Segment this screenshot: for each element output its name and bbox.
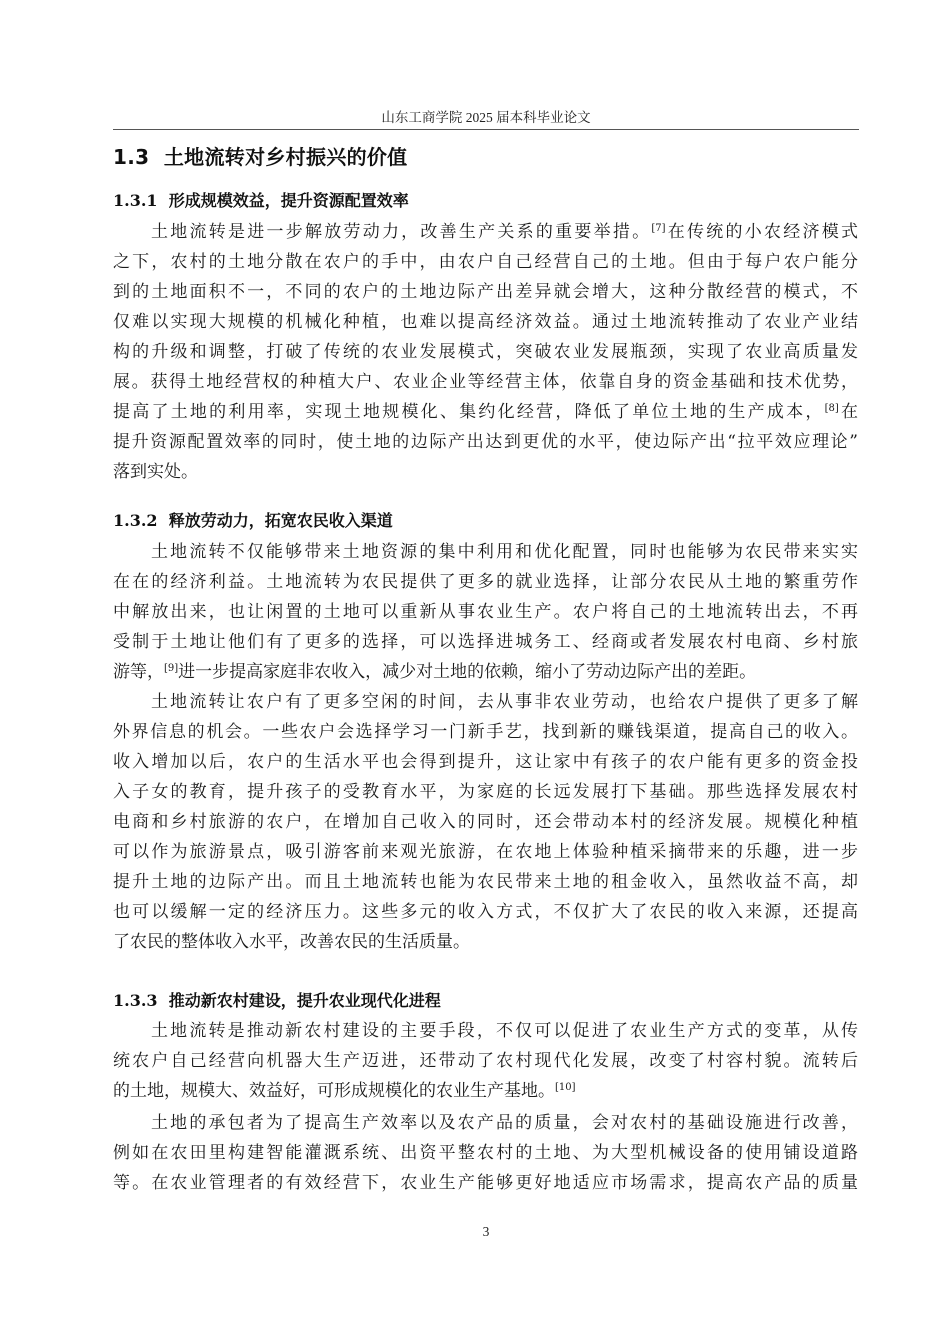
paragraph-line: 提高了土地的利用率，实现土地规模化、集约化经营，降低了单位土地的生产成本，[8]… [113, 401, 858, 423]
subsection-title: 推动新农村建设，提升农业现代化进程 [169, 991, 441, 1010]
paragraph-line: 提升土地的边际产出。而且土地流转也能为农民带来土地的租金收入，虽然收益不高，却 [113, 871, 858, 893]
citation: [7] [651, 223, 665, 234]
paragraph-line: 之下，农村的土地分散在农户的手中，由农户自己经营自己的土地。但由于每户农户能分 [113, 251, 858, 273]
document-page: 山东工商学院 2025 届本科毕业论文 1.3 土地流转对乡村振兴的价值 1.3… [0, 0, 950, 1344]
paragraph-line: 土地流转是推动新农村建设的主要手段，不仅可以促进了农业生产方式的变革，从传 [151, 1020, 858, 1042]
subsection-title: 释放劳动力，拓宽农民收入渠道 [169, 511, 393, 530]
paragraph-line: 游等，[9]进一步提高家庭非农收入，减少对土地的依赖，缩小了劳动边际产出的差距。 [113, 661, 858, 683]
section-title: 土地流转对乡村振兴的价值 [164, 145, 408, 169]
paragraph-line: 构的升级和调整，打破了传统的农业发展模式，突破农业发展瓶颈，实现了农业高质量发 [113, 341, 858, 363]
subsection-heading-1-3-3: 1.3.3 推动新农村建设，提升农业现代化进程 [113, 988, 441, 1011]
paragraph-line: 可以作为旅游景点，吸引游客前来观光旅游，在农地上体验种植采摘带来的乐趣，进一步 [113, 841, 858, 863]
citation: [10] [555, 1082, 576, 1093]
subsection-heading-1-3-1: 1.3.1 形成规模效益，提升资源配置效率 [113, 188, 409, 211]
subsection-number: 1.3.2 [113, 511, 158, 530]
subsection-title: 形成规模效益，提升资源配置效率 [169, 191, 409, 210]
paragraph-line: 在在的经济利益。土地流转为农民提供了更多的就业选择，让部分农民从土地的繁重劳作 [113, 571, 858, 593]
paragraph-line: 提升资源配置效率的同时，使土地的边际产出达到更优的水平，使边际产出“拉平效应理论… [113, 431, 858, 453]
citation: [9] [164, 663, 178, 674]
subsection-number: 1.3.3 [113, 991, 158, 1010]
subsection-heading-1-3-2: 1.3.2 释放劳动力，拓宽农民收入渠道 [113, 508, 393, 531]
paragraph-line: 例如在农田里构建智能灌溉系统、出资平整农村的土地、为大型机械设备的使用铺设道路 [113, 1142, 858, 1164]
running-header: 山东工商学院 2025 届本科毕业论文 [113, 106, 859, 126]
paragraph-line: 入子女的教育，提升孩子的受教育水平，为家庭的长远发展打下基础。那些选择发展农村 [113, 781, 858, 803]
paragraph-line: 电商和乡村旅游的农户，在增加自己收入的同时，还会带动本村的经济发展。规模化种植 [113, 811, 858, 833]
paragraph-line: 等。在农业管理者的有效经营下，农业生产能够更好地适应市场需求，提高农产品的质量 [113, 1172, 858, 1194]
paragraph-line: 外界信息的机会。一些农户会选择学习一门新手艺，找到新的赚钱渠道，提高自己的收入。 [113, 721, 858, 743]
citation: [8] [825, 403, 839, 414]
paragraph-line: 落到实处。 [113, 461, 858, 483]
page-number: 3 [113, 1224, 859, 1240]
paragraph-line: 统农户自己经营向机器大生产迈进，还带动了农村现代化发展，改变了村容村貌。流转后 [113, 1050, 858, 1072]
section-heading: 1.3 土地流转对乡村振兴的价值 [113, 141, 407, 170]
paragraph-line: 也可以缓解一定的经济压力。这些多元的收入方式，不仅扩大了农民的收入来源，还提高 [113, 901, 858, 923]
paragraph-line: 土地流转是进一步解放劳动力，改善生产关系的重要举措。[7]在传统的小农经济模式 [151, 221, 858, 243]
section-number: 1.3 [113, 145, 149, 169]
paragraph-line: 中解放出来，也让闲置的土地可以重新从事农业生产。农户将自己的土地流转出去，不再 [113, 601, 858, 623]
paragraph-line: 仅难以实现大规模的机械化种植，也难以提高经济效益。通过土地流转推动了农业产业结 [113, 311, 858, 333]
paragraph-line: 展。获得土地经营权的种植大户、农业企业等经营主体，依靠自身的资金基础和技术优势， [113, 371, 858, 393]
paragraph-line: 了农民的整体收入水平，改善农民的生活质量。 [113, 931, 858, 953]
paragraph-line: 土地流转不仅能够带来土地资源的集中利用和优化配置，同时也能够为农民带来实实 [151, 541, 858, 563]
paragraph-line: 受制于土地让他们有了更多的选择，可以选择进城务工、经商或者发展农村电商、乡村旅 [113, 631, 858, 653]
header-rule [113, 129, 859, 130]
paragraph-line: 收入增加以后，农户的生活水平也会得到提升，这让家中有孩子的农户能有更多的资金投 [113, 751, 858, 773]
paragraph-line: 土地流转让农户有了更多空闲的时间，去从事非农业劳动，也给农户提供了更多了解 [151, 691, 858, 713]
paragraph-line: 到的土地面积不一，不同的农户的土地边际产出差异就会增大，这种分散经营的模式，不 [113, 281, 858, 303]
paragraph-line: 的土地，规模大、效益好，可形成规模化的农业生产基地。[10] [113, 1080, 858, 1102]
paragraph-line: 土地的承包者为了提高生产效率以及农产品的质量，会对农村的基础设施进行改善， [151, 1112, 858, 1134]
subsection-number: 1.3.1 [113, 191, 158, 210]
